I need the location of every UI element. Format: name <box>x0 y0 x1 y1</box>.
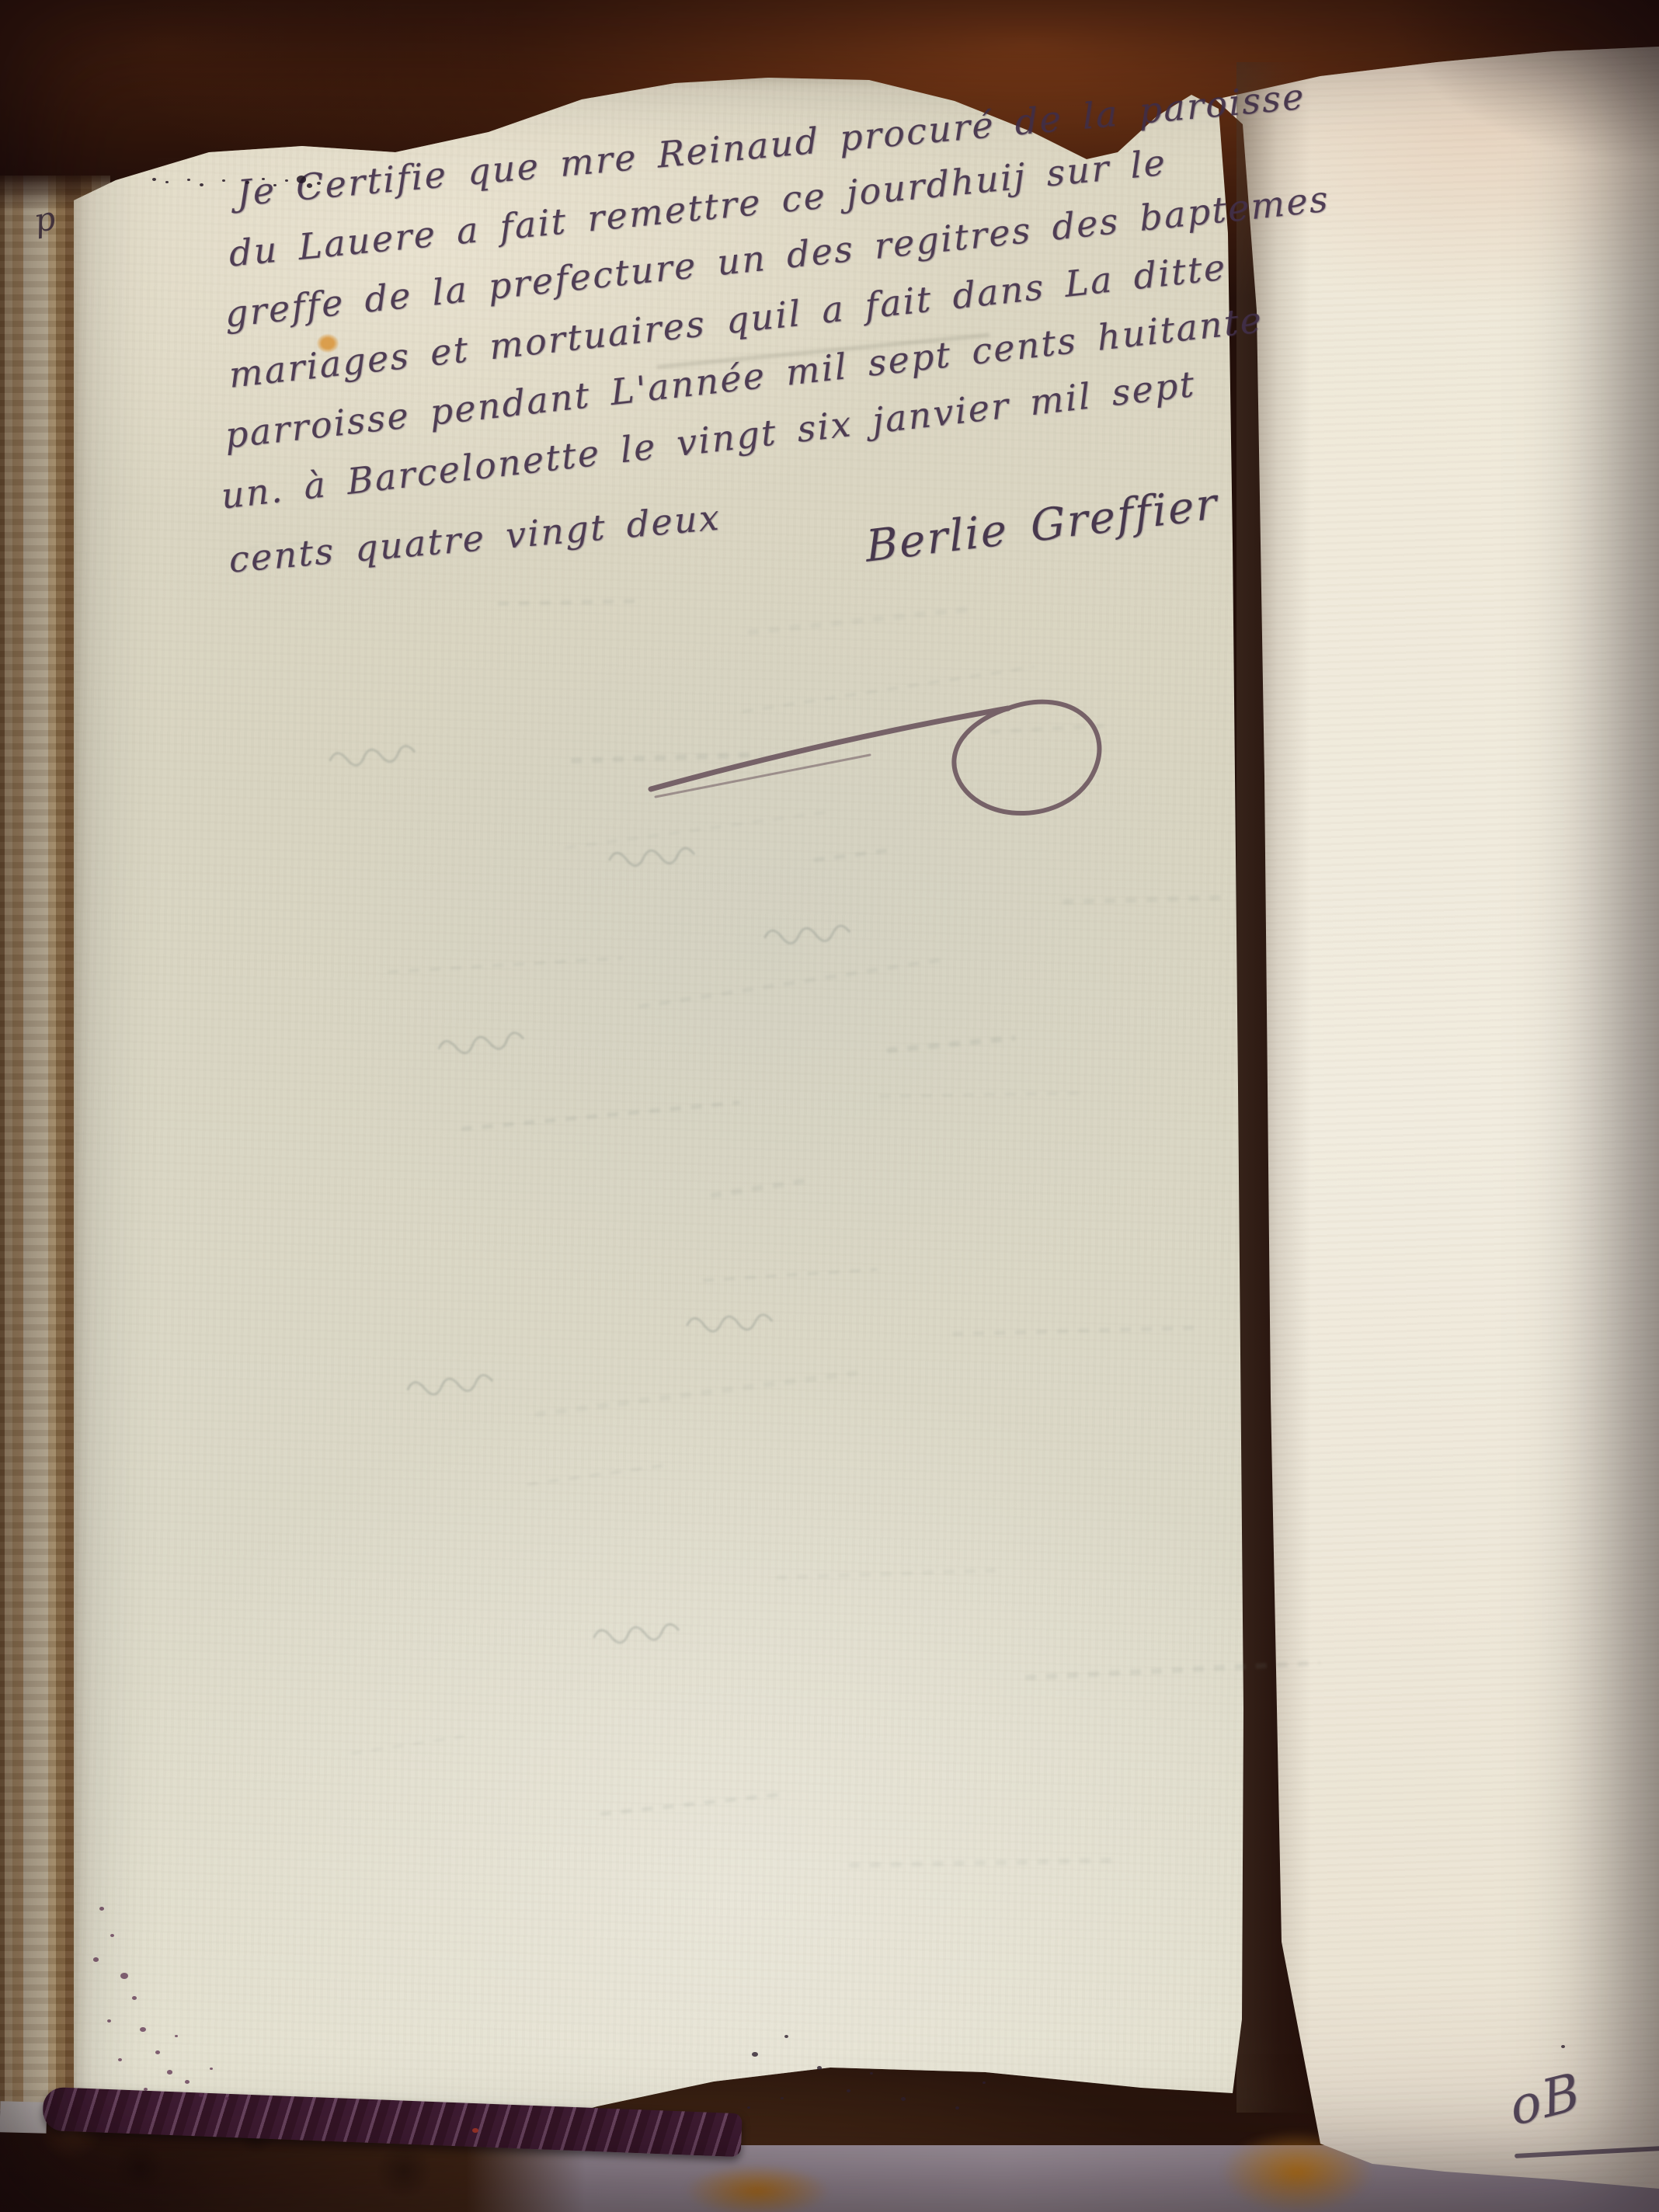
ink-speckles <box>0 0 1659 2212</box>
book-photograph: Je Certifie que mre Reinaud procuré de l… <box>0 0 1659 2212</box>
